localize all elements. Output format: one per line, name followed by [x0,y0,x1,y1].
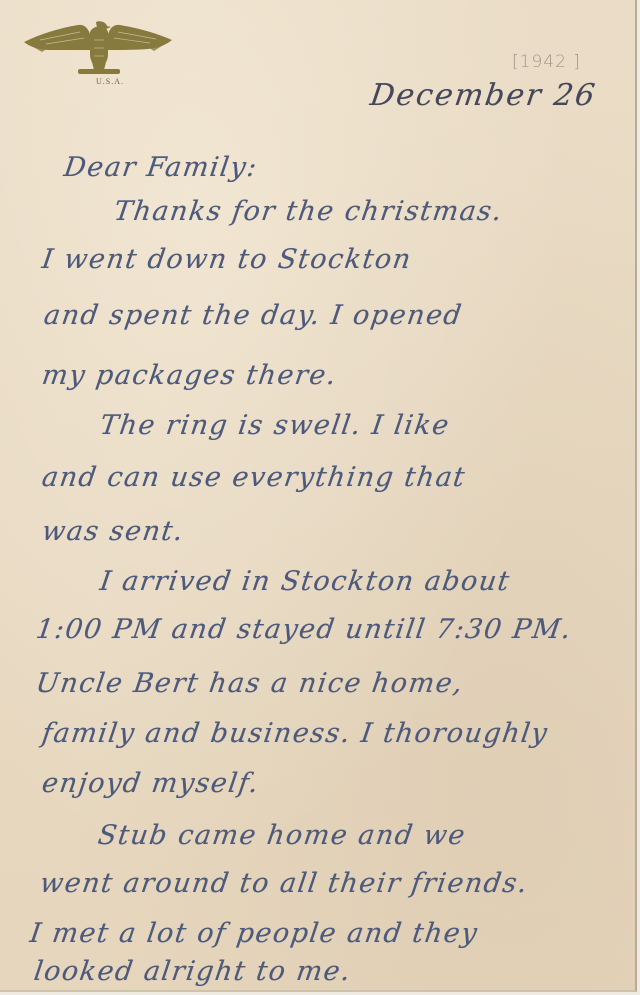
letterhead: U.S.A. [20,20,176,92]
body-line: I went down to Stockton [40,244,414,275]
body-line: Uncle Bert has a nice home, [34,668,466,699]
body-line: The ring is swell. I like [98,410,452,441]
body-line: my packages there. [40,360,339,391]
body-line: went around to all their friends. [38,868,530,899]
body-line: Stub came home and we [96,820,468,851]
body-line: enjoyd myself. [40,768,261,799]
archive-date-note: [1942 ] [512,52,581,72]
salutation: Dear Family: [62,152,260,183]
letter-page: U.S.A. [1942 ] December 26 Dear Family: … [0,0,637,992]
body-line: 1:00 PM and stayed untill 7:30 PM. [34,614,574,645]
body-line: Thanks for the christmas. [112,196,505,227]
body-line: family and business. I thoroughly [40,718,550,749]
letterhead-label: U.S.A. [20,77,200,86]
eagle-emblem-icon [20,20,176,78]
body-line: I met a lot of people and they [28,918,480,949]
body-line: looked alright to me. [32,956,353,987]
body-line: I arrived in Stockton about [98,566,512,597]
body-line: was sent. [40,516,186,547]
body-line: and spent the day. I opened [42,300,465,331]
body-line: and can use everything that [40,462,468,493]
letter-date: December 26 [368,78,599,113]
